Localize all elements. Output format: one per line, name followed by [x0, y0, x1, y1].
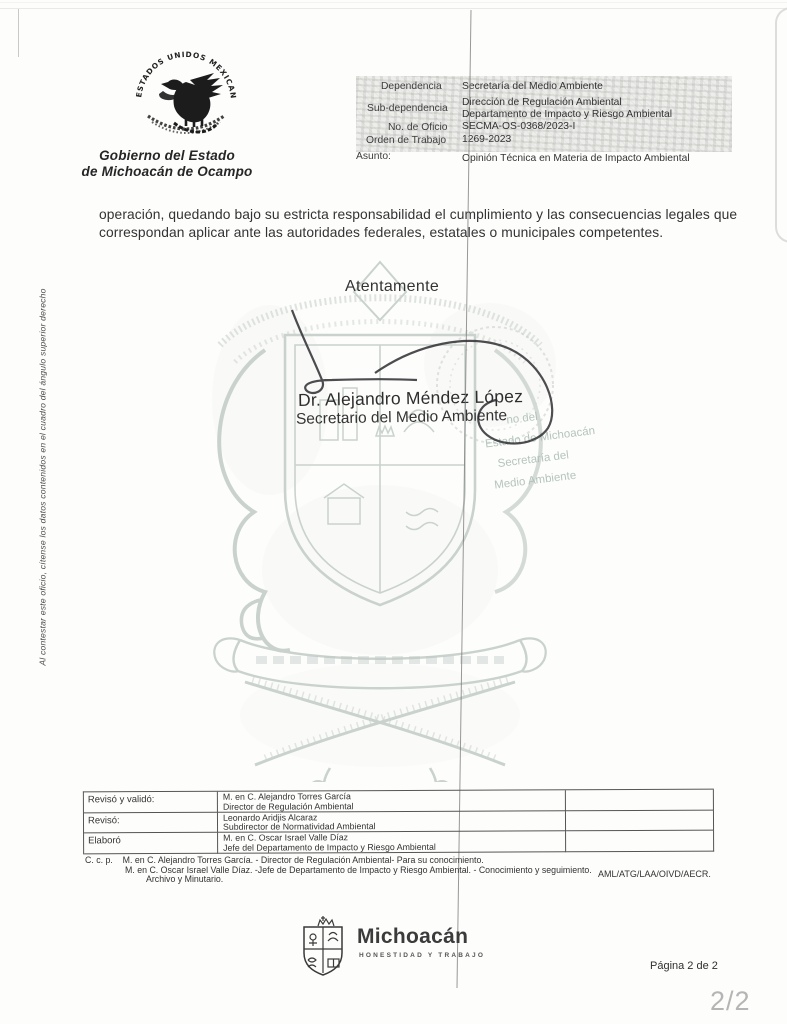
review-role: Revisó y validó: — [84, 792, 218, 813]
ccp-line2: M. en C. Oscar Israel Valle Díaz. -Jefe … — [125, 865, 592, 875]
ccp-recipient1: M. en C. Alejandro Torres García. - Dire… — [123, 855, 484, 865]
viewer-page-indicator: 2/2 — [710, 986, 751, 1017]
ccp-line1: C. c. p. M. en C. Alejandro Torres Garcí… — [85, 855, 484, 865]
review-empty-cell — [566, 810, 714, 831]
review-table: Revisó y validó: M. en C. Alejandro Torr… — [83, 789, 714, 855]
review-role: Revisó: — [84, 812, 218, 833]
ccp-prefix: C. c. p. — [85, 855, 113, 865]
review-empty-cell — [566, 790, 714, 811]
reviewer-name: Leonardo Aridjis Alcaraz — [223, 812, 317, 822]
handwritten-signature — [292, 310, 552, 443]
reviewer-position: Jefe del Departamento de Impacto y Riesg… — [223, 842, 565, 853]
michoacan-shield-icon — [299, 915, 347, 983]
review-role: Elaboró — [84, 833, 218, 854]
ccp-line3: Archivo y Minutario. — [146, 874, 223, 884]
reference-initials: AML/ATG/LAA/OIVD/AECR. — [598, 869, 711, 879]
logo-wordmark: Michoacán — [357, 925, 468, 949]
reviewer-name: M. en C. Alejandro Torres García — [223, 791, 351, 802]
review-person: M. en C. Oscar Israel Valle Díaz Jefe de… — [218, 831, 566, 853]
page-label: Página 2 de 2 — [650, 960, 718, 972]
review-person: M. en C. Alejandro Torres García Directo… — [218, 790, 566, 812]
review-empty-cell — [566, 831, 714, 852]
michoacan-logo — [299, 915, 347, 983]
review-person: Leonardo Aridjis Alcaraz Subdirector de … — [218, 811, 566, 833]
logo-motto: HONESTIDAD Y TRABAJO — [359, 952, 485, 959]
scanned-document-page: ESTADOS UNIDOS MEXICANOS Gobierno del Es… — [0, 0, 787, 1024]
